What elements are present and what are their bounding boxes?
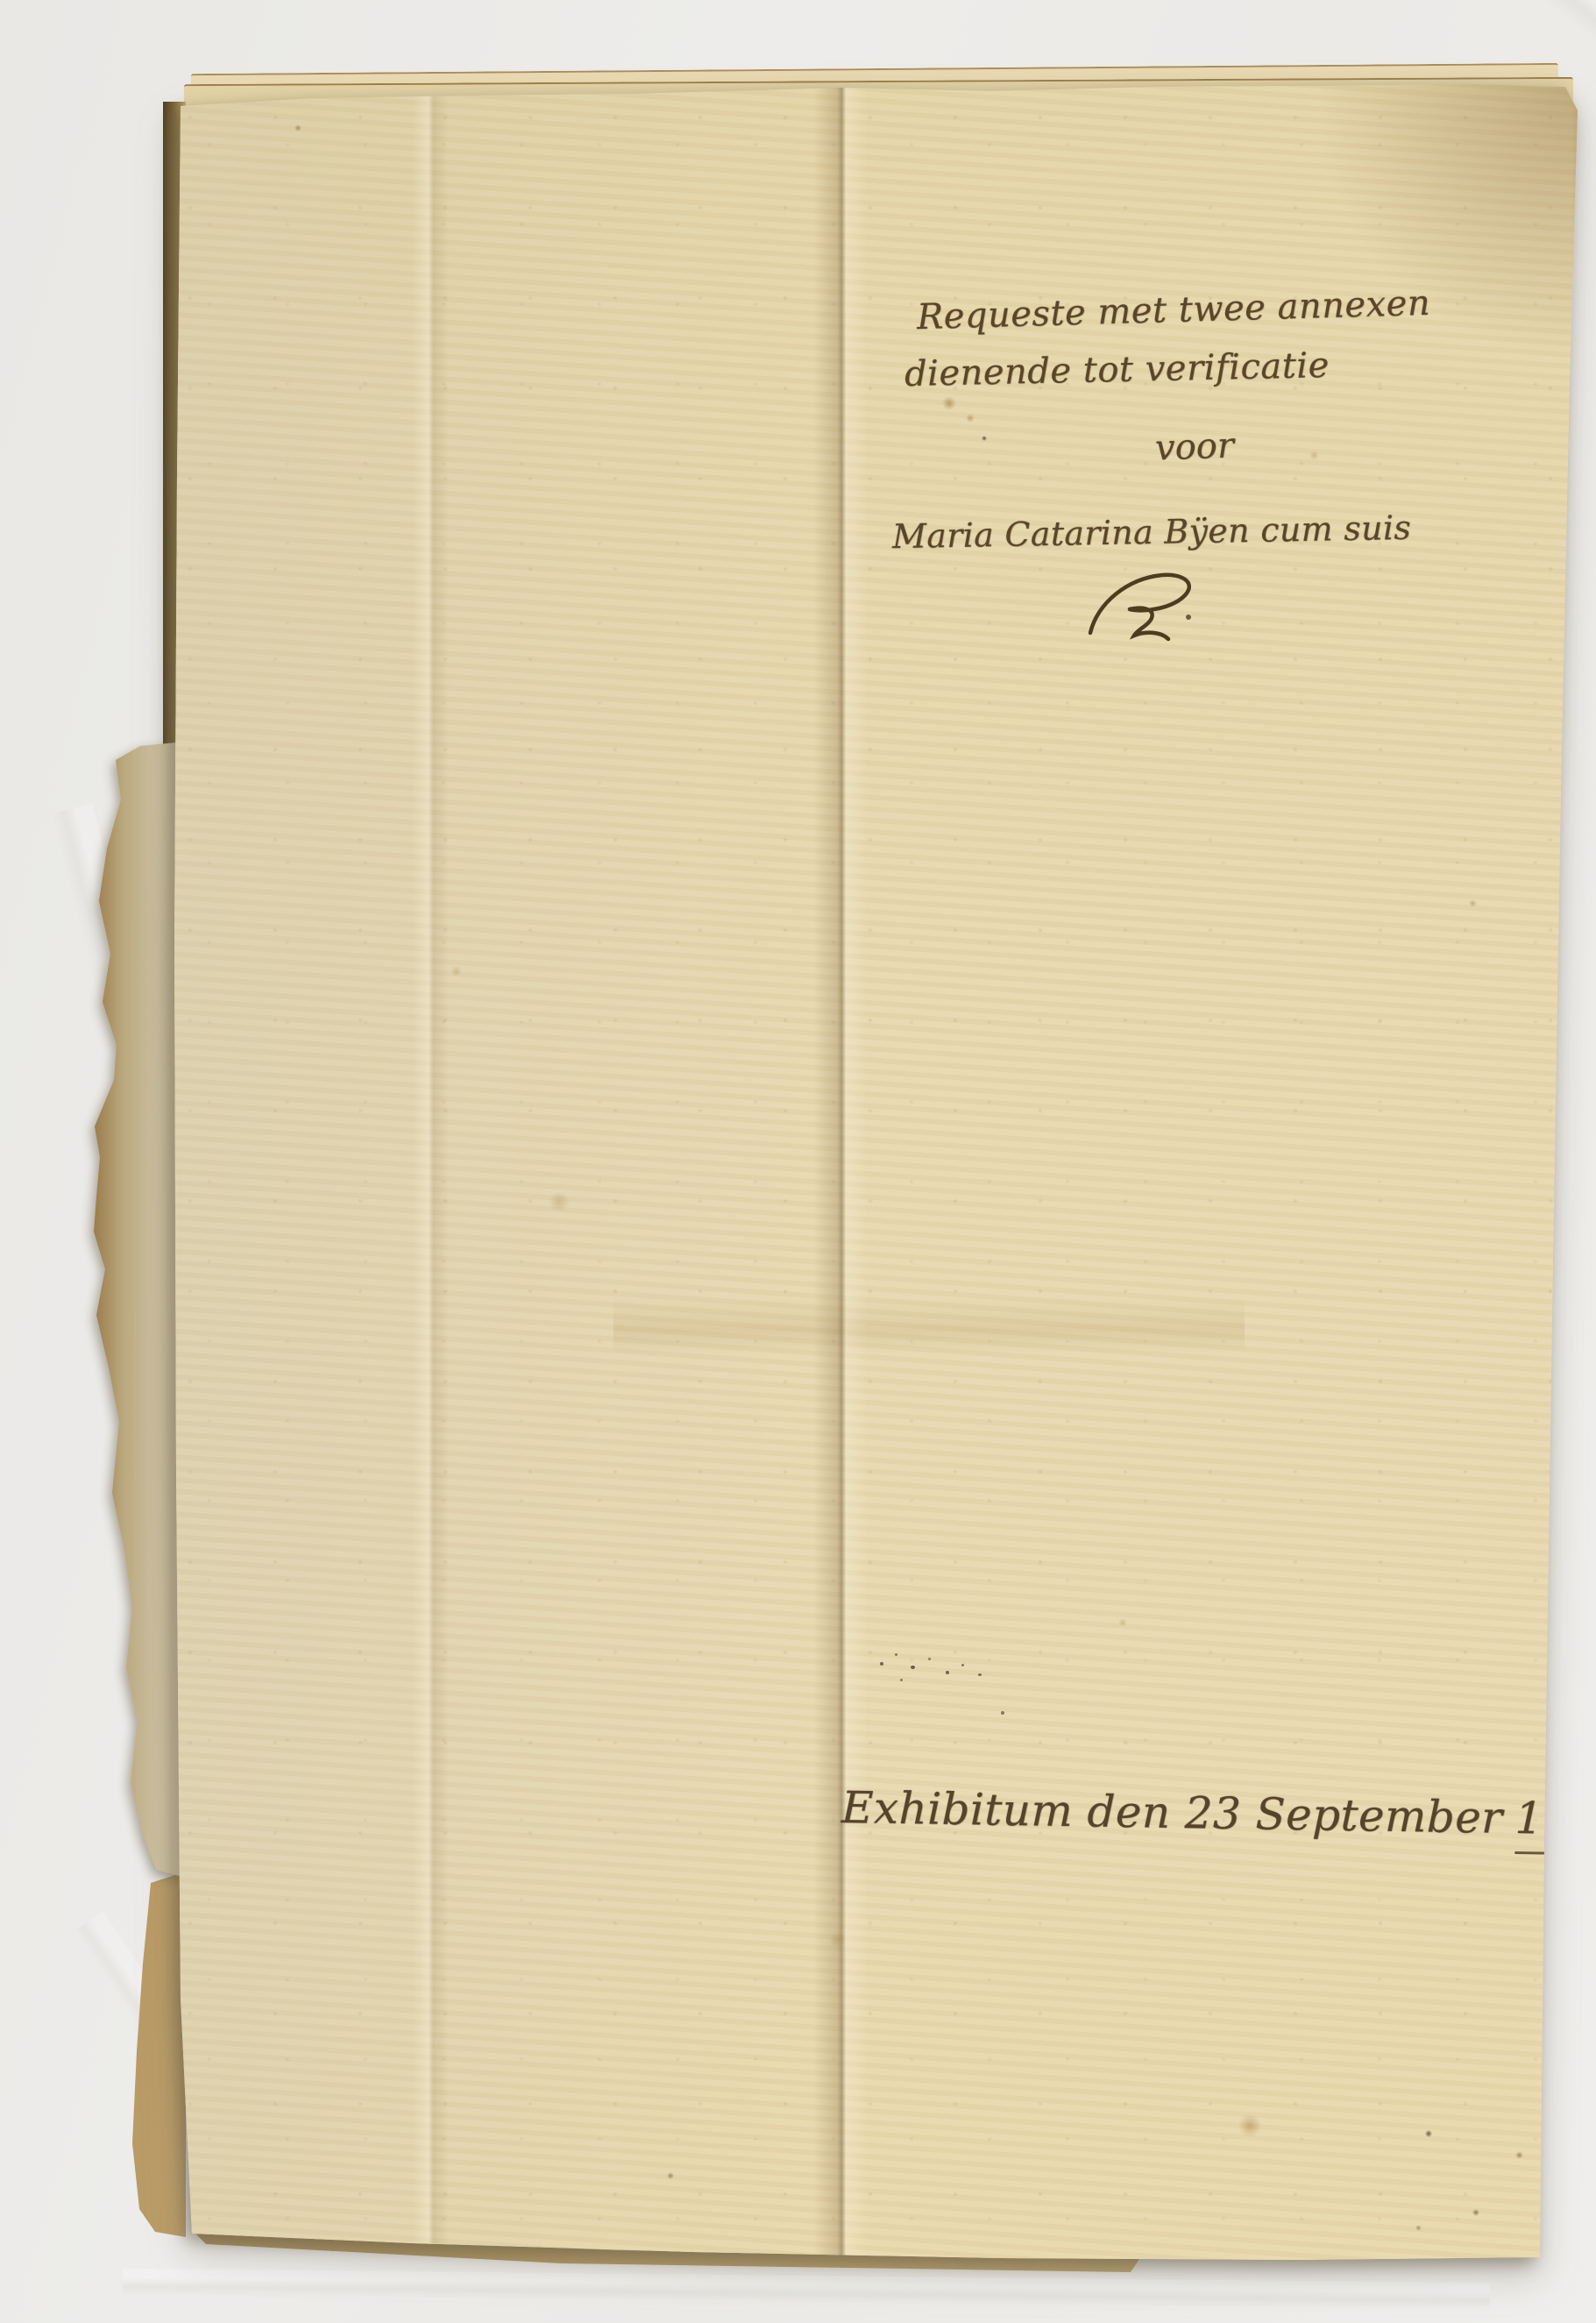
ink-speck: [928, 1658, 931, 1660]
foxing-spot: [1238, 2114, 1262, 2137]
foxing-spot: [1515, 2151, 1523, 2159]
main-folded-sheet: Requeste met twee annexen dienende tot v…: [0, 0, 1596, 2323]
foxing-spot: [1309, 451, 1319, 460]
foxing-spot: [667, 2172, 674, 2179]
annotation-line-2: dienende tot verificatie: [904, 345, 1330, 394]
foxing-spot: [1425, 2130, 1432, 2137]
ink-speck: [1001, 1711, 1004, 1715]
paraph-flourish: [1083, 568, 1199, 663]
foxing-spot: [1472, 2209, 1479, 2216]
ink-speck: [900, 1679, 903, 1681]
annotation-line-1: Requeste met twee annexen: [916, 283, 1430, 337]
foxing-spot: [1469, 899, 1477, 907]
ink-speck: [961, 1664, 964, 1666]
annotation-line-name: Maria Catarina Bÿen cum suis: [892, 508, 1412, 556]
foxing-spot: [450, 966, 462, 977]
foxing-spot: [548, 1192, 571, 1211]
ink-speck: [880, 1662, 883, 1666]
exhibitum-year: 1738: [1514, 1793, 1596, 1856]
foxing-spot: [294, 124, 301, 131]
ink-speck: [895, 1653, 897, 1656]
annotation-line-voor: voor: [1154, 425, 1234, 468]
scan-canvas: Requeste met twee annexen dienende tot v…: [0, 0, 1596, 2323]
foxing-spot: [1415, 2225, 1422, 2231]
foxing-spot: [829, 1932, 847, 1948]
exhibitum-text: Exhibitum den 23 September: [841, 1782, 1503, 1843]
foxing-spot: [966, 414, 975, 423]
foxing-spot: [942, 396, 956, 410]
ink-speck: [978, 1673, 982, 1676]
main-sheet-wrap: Requeste met twee annexen dienende tot v…: [0, 0, 1596, 2323]
foxing-spot: [1118, 1618, 1127, 1627]
ink-speck: [946, 1671, 949, 1674]
ink-speck: [911, 1666, 915, 1669]
ink-dot: [982, 436, 987, 441]
exhibitum-line: Exhibitum den 23 September1738: [841, 1782, 1596, 1845]
